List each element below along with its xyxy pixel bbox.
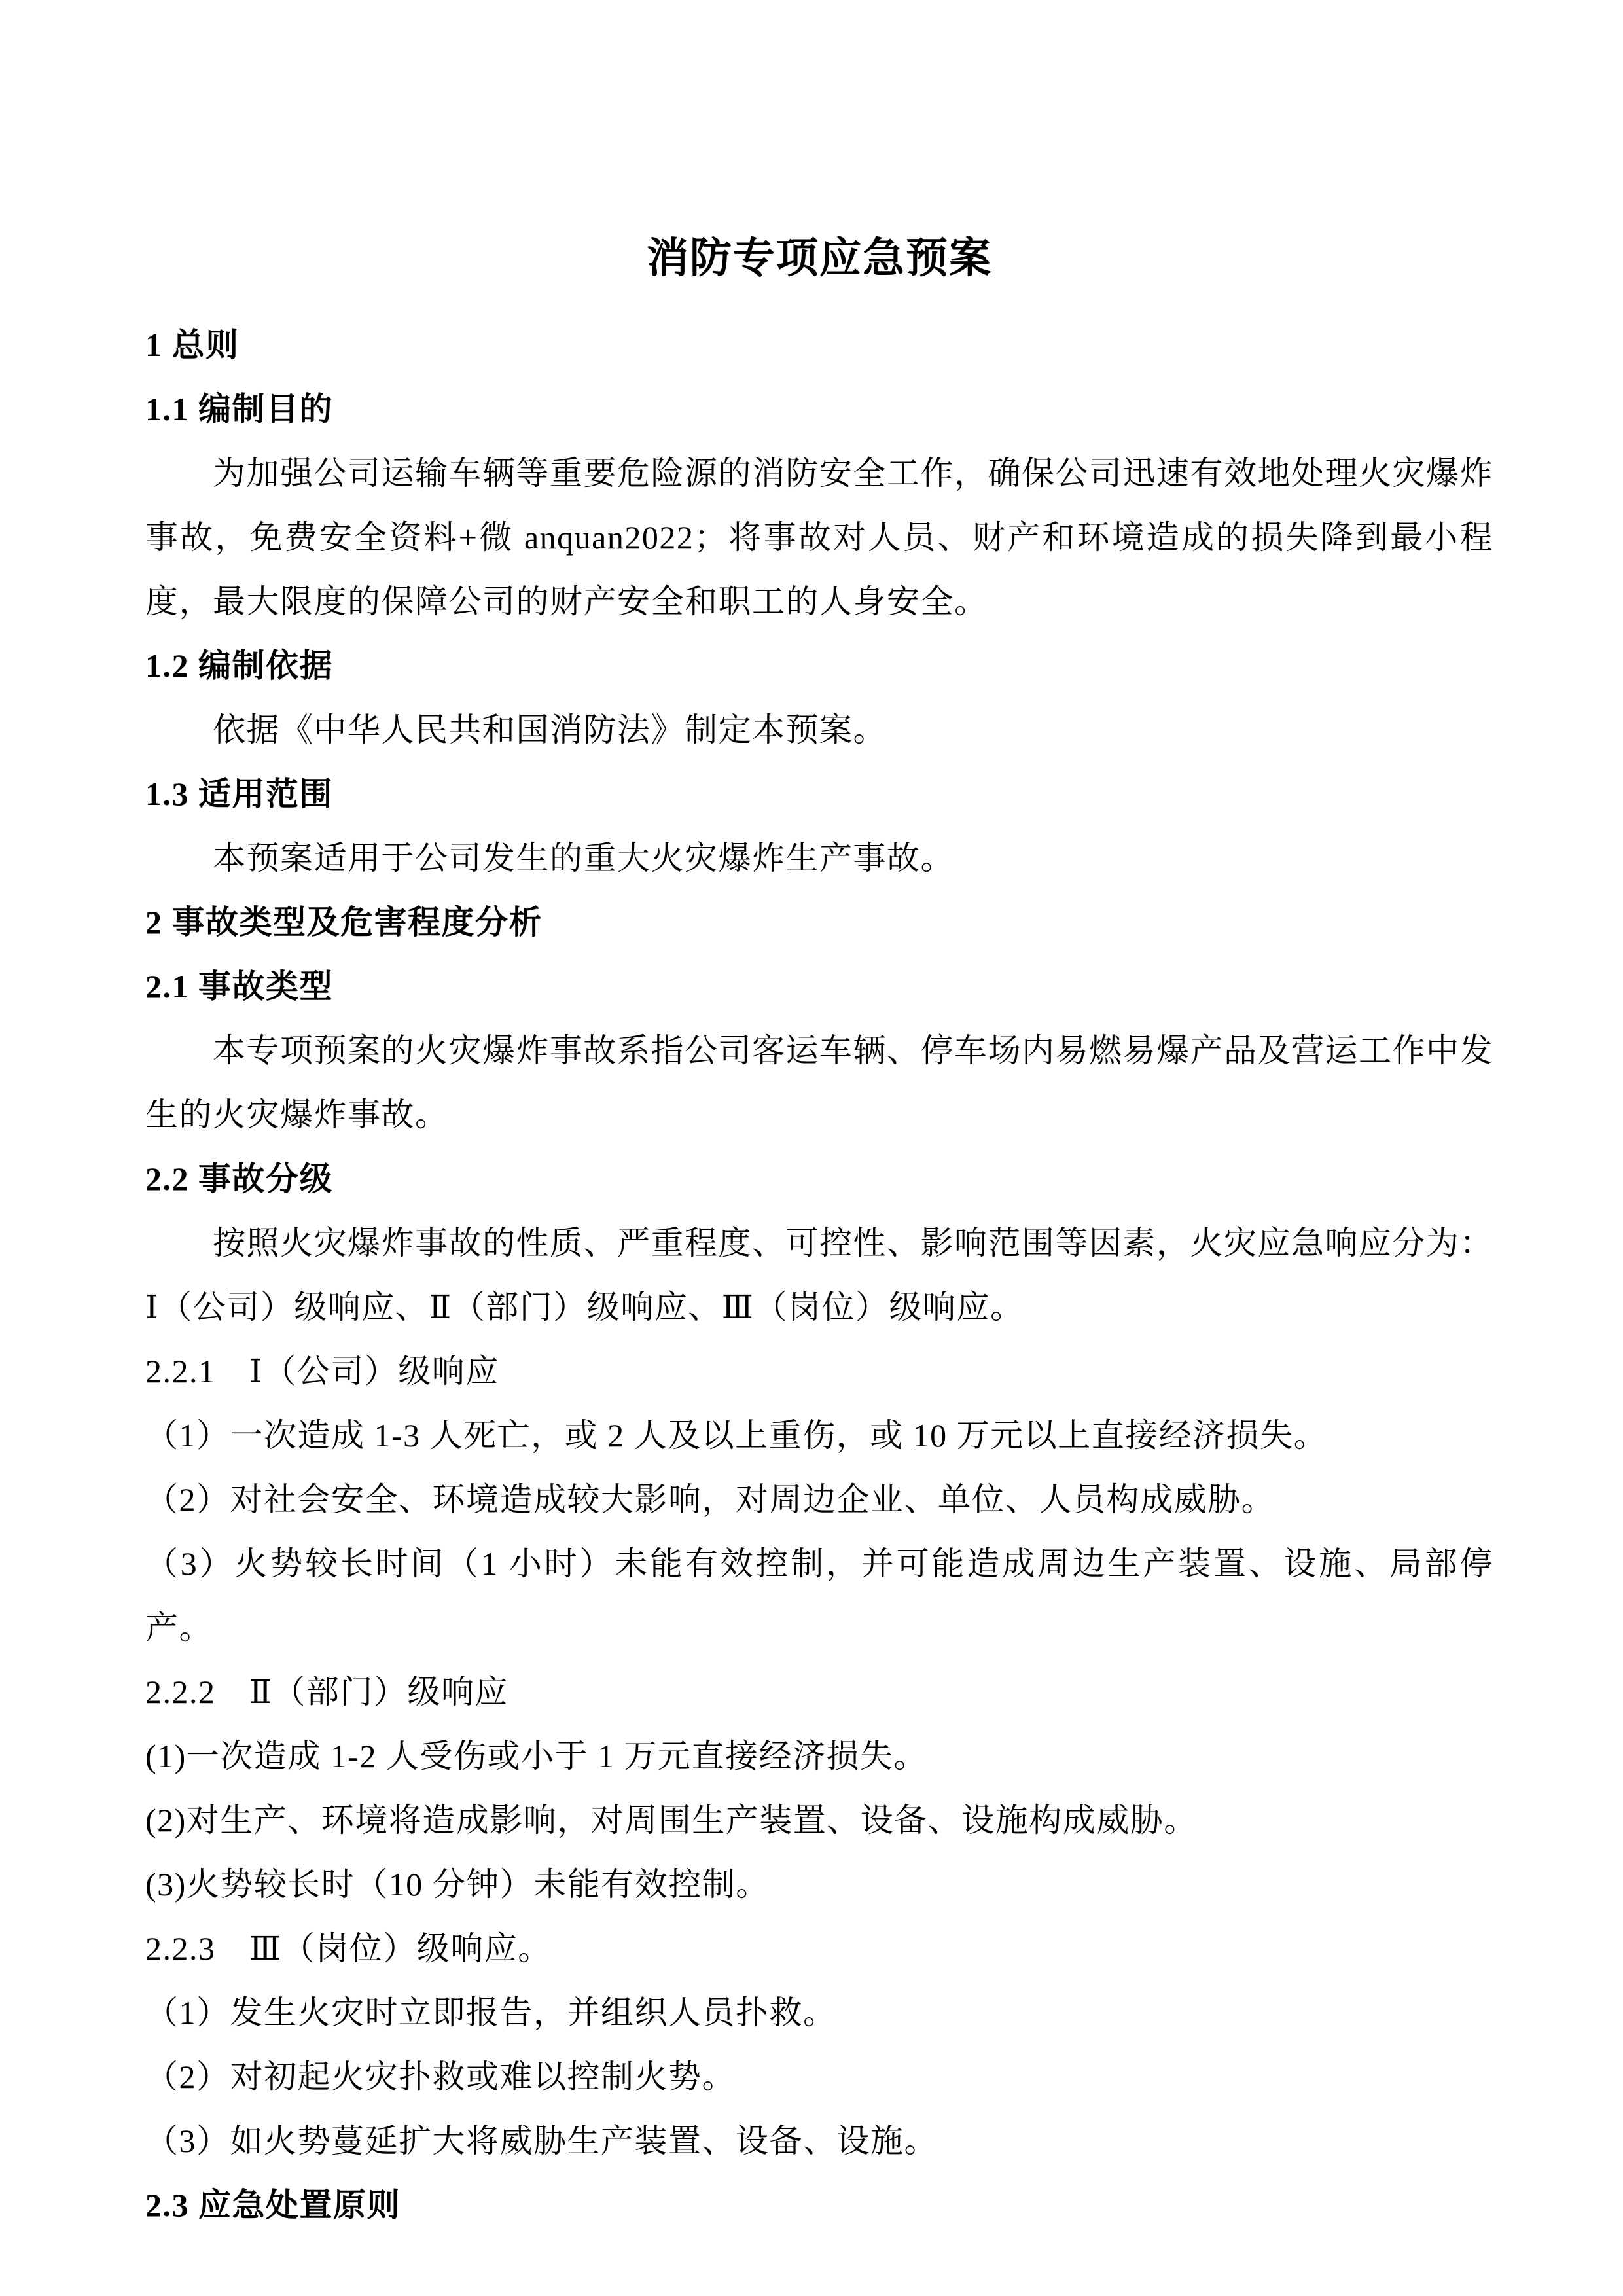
document-page: 消防专项应急预案 1 总则 1.1 编制目的 为加强公司运输车辆等重要危险源的消…	[0, 0, 1623, 2296]
paragraph: 本专项预案的火灾爆炸事故系指公司客运车辆、停车场内易燃易爆产品及营运工作中发生的…	[145, 1018, 1493, 1147]
section-heading: 2.2 事故分级	[145, 1147, 1493, 1211]
section-heading: 1.3 适用范围	[145, 762, 1493, 826]
section-heading: 2 事故类型及危害程度分析	[145, 890, 1493, 954]
paragraph: 本预案适用于公司发生的重大火灾爆炸生产事故。	[145, 826, 1493, 890]
section-heading: 2.1 事故类型	[145, 954, 1493, 1018]
list-item: (1)一次造成 1-2 人受伤或小于 1 万元直接经济损失。	[145, 1724, 1493, 1788]
list-item: （2）对社会安全、环境造成较大影响，对周边企业、单位、人员构成威胁。	[145, 1467, 1493, 1532]
section-heading: 1.1 编制目的	[145, 377, 1493, 441]
paragraph: 为加强公司运输车辆等重要危险源的消防安全工作，确保公司迅速有效地处理火灾爆炸事故…	[145, 441, 1493, 634]
list-item: （1）发生火灾时立即报告，并组织人员扑救。	[145, 1981, 1493, 2045]
section-heading: 1.2 编制依据	[145, 634, 1493, 698]
list-item: （2）对初起火灾扑救或难以控制火势。	[145, 2045, 1493, 2109]
list-item: （3）如火势蔓延扩大将威胁生产装置、设备、设施。	[145, 2109, 1493, 2173]
paragraph: 按照火灾爆炸事故的性质、严重程度、可控性、影响范围等因素，火灾应急响应分为：Ⅰ（…	[145, 1211, 1493, 1339]
section-heading: 2.3 应急处置原则	[145, 2173, 1493, 2237]
paragraph: 依据《中华人民共和国消防法》制定本预案。	[145, 698, 1493, 762]
document-title: 消防专项应急预案	[145, 229, 1493, 288]
list-item: （1）一次造成 1-3 人死亡，或 2 人及以上重伤，或 10 万元以上直接经济…	[145, 1403, 1493, 1467]
sub-heading: 2.2.1 Ⅰ（公司）级响应	[145, 1339, 1493, 1403]
sub-heading: 2.2.2 Ⅱ（部门）级响应	[145, 1660, 1493, 1724]
list-item: （3）火势较长时间（1 小时）未能有效控制，并可能造成周边生产装置、设施、局部停…	[145, 1532, 1493, 1660]
list-item: (3)火势较长时（10 分钟）未能有效控制。	[145, 1852, 1493, 1916]
list-item: (2)对生产、环境将造成影响，对周围生产装置、设备、设施构成威胁。	[145, 1788, 1493, 1852]
sub-heading: 2.2.3 Ⅲ（岗位）级响应。	[145, 1916, 1493, 1981]
section-heading: 1 总则	[145, 313, 1493, 377]
